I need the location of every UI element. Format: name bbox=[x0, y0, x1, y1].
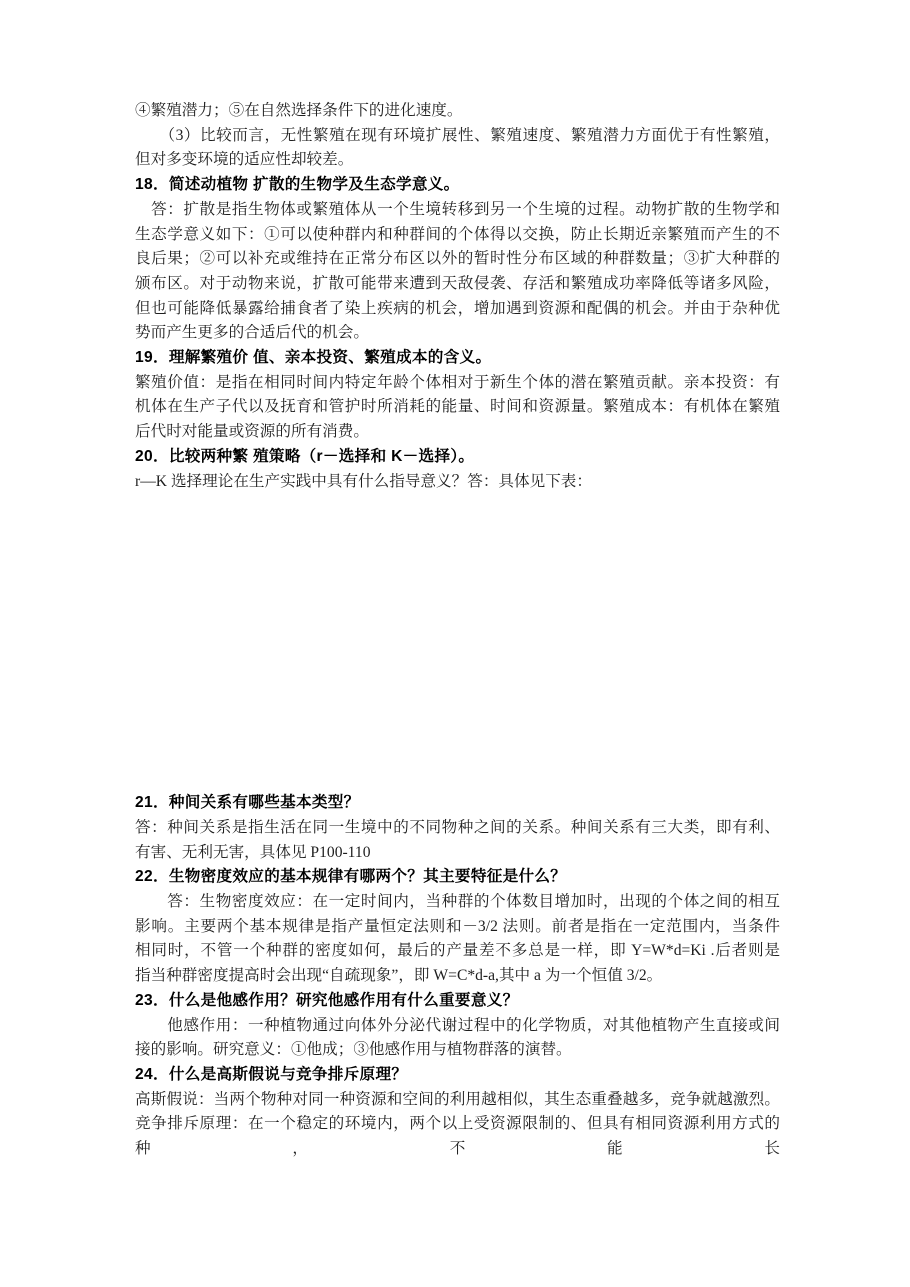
text-column: ④繁殖潜力；⑤在自然选择条件下的进化速度。 （3）比较而言，无性繁殖在现有环境扩… bbox=[135, 99, 780, 1162]
text-line: 竞争排斥原理：在一个稳定的环境内，两个以上受资源限制的、但具有相同资源利用方式的 bbox=[135, 1112, 780, 1137]
paragraph-answer-19: 繁殖价值：是指在相同时间内特定年龄个体相对于新生个体的潜在繁殖贡献。亲本投资：有… bbox=[135, 371, 780, 445]
text-line: （3）比较而言，无性繁殖在现有环境扩展性、繁殖速度、繁殖潜力方面优于有性繁殖， bbox=[135, 124, 780, 149]
paragraph-answer-21: 答：种间关系是指生活在同一生境中的不同物种之间的关系。种间关系有三大类，即有利、… bbox=[135, 816, 780, 865]
paragraph-answer-24: 高斯假说：当两个物种对同一种资源和空间的利用越相似，其生态重叠越多，竞争就越激烈… bbox=[135, 1088, 780, 1162]
text-line: 但也可能降低暴露给捕食者了染上疾病的机会，增加遇到资源和配偶的机会。并由于杂种优 bbox=[135, 297, 780, 322]
text-line: 但对多变环境的适应性却较差。 bbox=[135, 148, 780, 173]
text-line: 答：生物密度效应：在一定时间内，当种群的个体数目增加时，出现的个体之间的相互 bbox=[135, 890, 780, 915]
table-placeholder-blank-area bbox=[135, 494, 780, 791]
text-line: 繁殖价值：是指在相同时间内特定年龄个体相对于新生个体的潜在繁殖贡献。亲本投资：有 bbox=[135, 371, 780, 396]
paragraph-answer-23: 他感作用：一种植物通过向体外分泌代谢过程中的化学物质，对其他植物产生直接或间 接… bbox=[135, 1014, 780, 1063]
text-line-spread: 种，不能长 bbox=[135, 1137, 780, 1162]
text-line: 良后果；②可以补充或维持在正常分布区以外的暂时性分布区域的种群数量；③扩大种群的 bbox=[135, 247, 780, 272]
question-heading-21: 21．种间关系有哪些基本类型？ bbox=[135, 791, 780, 816]
text-line: 有害、无利无害，具体见 P100-110 bbox=[135, 841, 780, 866]
paragraph-comparison: （3）比较而言，无性繁殖在现有环境扩展性、繁殖速度、繁殖潜力方面优于有性繁殖， … bbox=[135, 124, 780, 173]
text-line: 势而产生更多的合适后代的机会。 bbox=[135, 321, 780, 346]
text-line: 接的影响。研究意义：①他成；③他感作用与植物群落的演替。 bbox=[135, 1038, 780, 1063]
question-heading-20: 20．比较两种繁 殖策略（r－选择和 K－选择）。 bbox=[135, 445, 780, 470]
text-line: 相同时，不管一个种群的密度如何，最后的产量差不多总是一样，即 Y=W*d=Ki … bbox=[135, 939, 780, 964]
text-line: 他感作用：一种植物通过向体外分泌代谢过程中的化学物质，对其他植物产生直接或间 bbox=[135, 1014, 780, 1039]
text-line: r—K 选择理论在生产实践中具有什么指导意义？答：具体见下表： bbox=[135, 470, 780, 495]
text-line: 答：种间关系是指生活在同一生境中的不同物种之间的关系。种间关系有三大类，即有利、 bbox=[135, 816, 780, 841]
text-line: 指当种群密度提高时会出现“自疏现象”，即 W=C*d-a,其中 a 为一个恒值 … bbox=[135, 964, 780, 989]
document-page: ④繁殖潜力；⑤在自然选择条件下的进化速度。 （3）比较而言，无性繁殖在现有环境扩… bbox=[0, 0, 910, 1287]
paragraph-answer-20: r—K 选择理论在生产实践中具有什么指导意义？答：具体见下表： bbox=[135, 470, 780, 495]
question-heading-22: 22．生物密度效应的基本规律有哪两个？其主要特征是什么？ bbox=[135, 865, 780, 890]
question-heading-24: 24．什么是高斯假说与竞争排斥原理？ bbox=[135, 1063, 780, 1088]
text-line: 答：扩散是指生物体或繁殖体从一个生境转移到另一个生境的过程。动物扩散的生物学和 bbox=[135, 198, 780, 223]
text-line: ④繁殖潜力；⑤在自然选择条件下的进化速度。 bbox=[135, 99, 780, 124]
question-heading-19: 19．理解繁殖价 值、亲本投资、繁殖成本的含义。 bbox=[135, 346, 780, 371]
paragraph-answer-22: 答：生物密度效应：在一定时间内，当种群的个体数目增加时，出现的个体之间的相互 影… bbox=[135, 890, 780, 989]
text-line: 后代时对能量或资源的所有消费。 bbox=[135, 420, 780, 445]
text-line: 高斯假说：当两个物种对同一种资源和空间的利用越相似，其生态重叠越多，竞争就越激烈… bbox=[135, 1088, 780, 1113]
paragraph-answer-continuation: ④繁殖潜力；⑤在自然选择条件下的进化速度。 bbox=[135, 99, 780, 124]
text-line: 机体在生产子代以及抚育和管护时所消耗的能量、时间和资源量。繁殖成本：有机体在繁殖 bbox=[135, 395, 780, 420]
text-line: 颁布区。对于动物来说，扩散可能带来遭到天敌侵袭、存活和繁殖成功率降低等诸多风险， bbox=[135, 272, 780, 297]
question-heading-18: 18．简述动植物 扩散的生物学及生态学意义。 bbox=[135, 173, 780, 198]
question-heading-23: 23．什么是他感作用？研究他感作用有什么重要意义？ bbox=[135, 989, 780, 1014]
text-line: 生态学意义如下：①可以使种群内和种群间的个体得以交换，防止长期近亲繁殖而产生的不 bbox=[135, 223, 780, 248]
paragraph-answer-18: 答：扩散是指生物体或繁殖体从一个生境转移到另一个生境的过程。动物扩散的生物学和 … bbox=[135, 198, 780, 346]
text-line: 影响。主要两个基本规律是指产量恒定法则和－3/2 法则。前者是指在一定范围内，当… bbox=[135, 915, 780, 940]
